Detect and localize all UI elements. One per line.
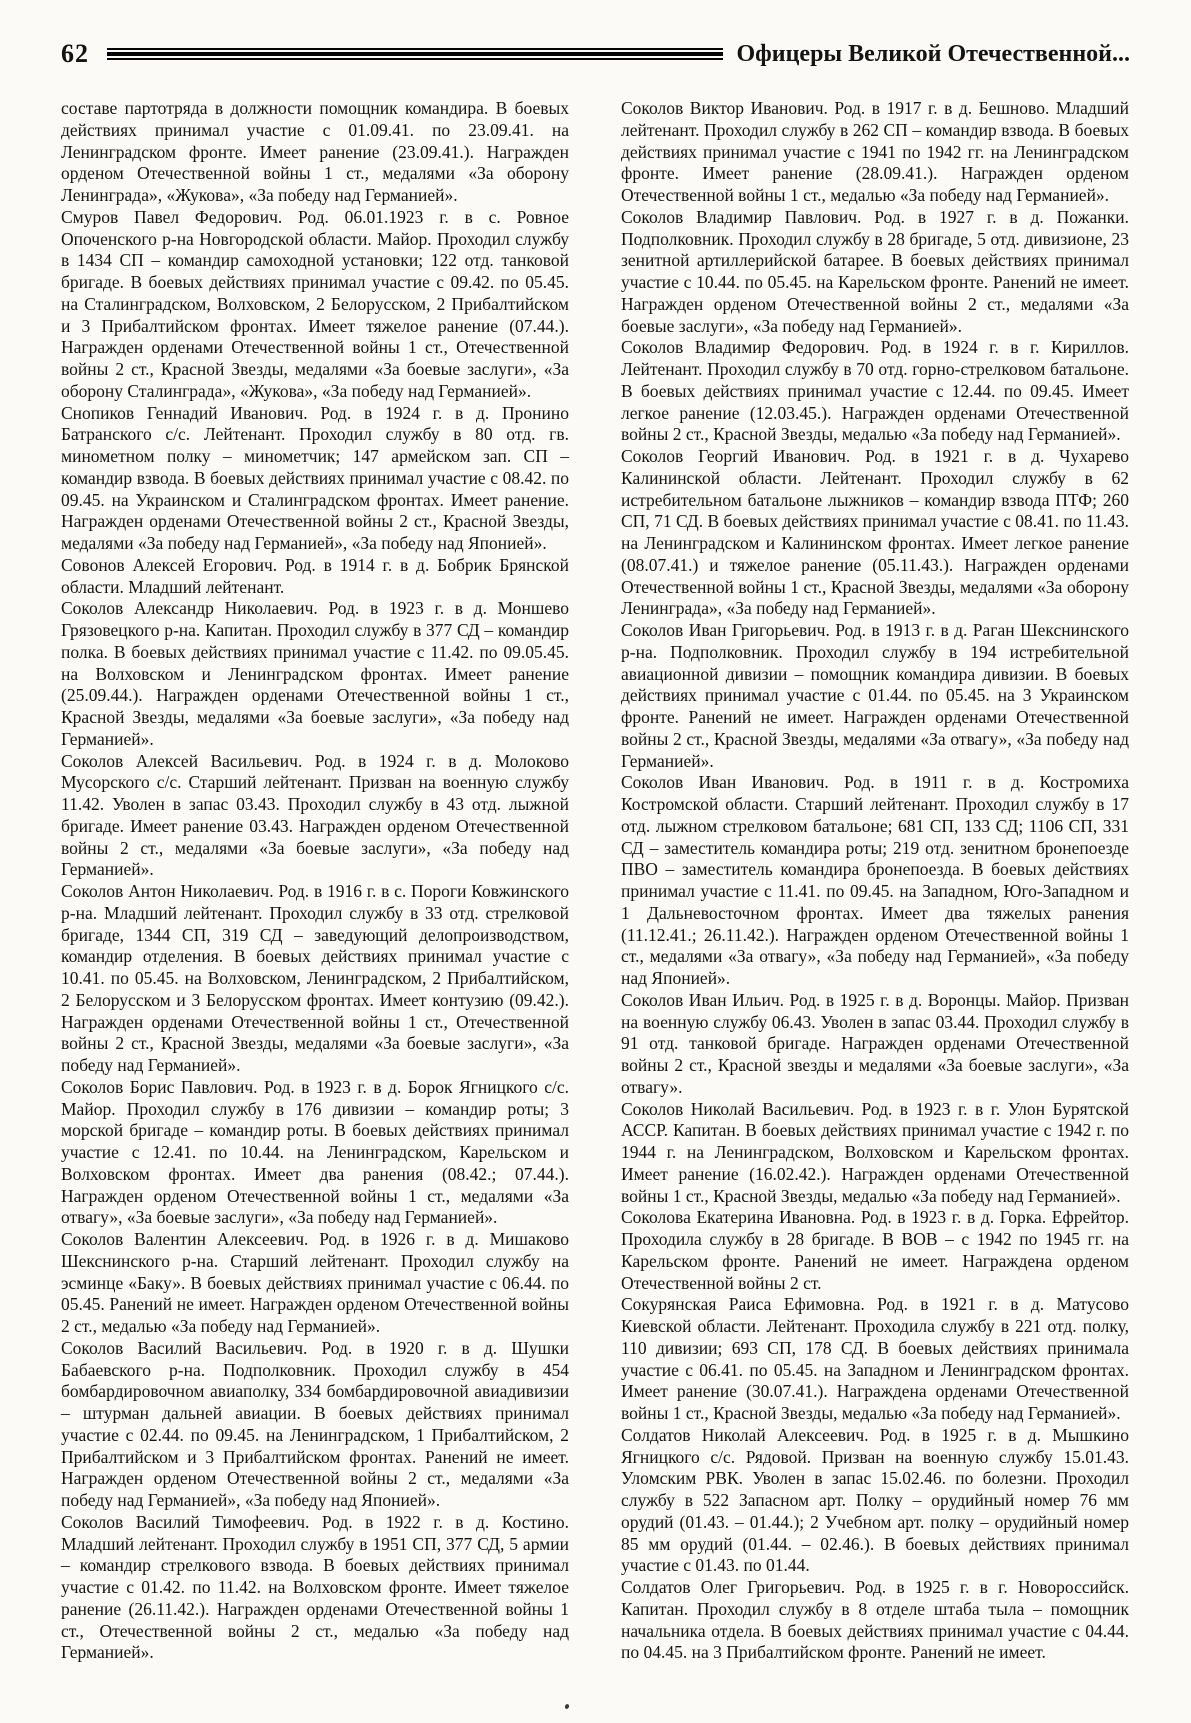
entry-paragraph: Соколов Борис Павлович. Род. в 1923 г. в… [61,1077,569,1229]
header-rule-middle-line [107,52,723,56]
entry-paragraph: Соколов Валентин Алексеевич. Род. в 1926… [61,1229,569,1338]
scan-speck-artifact [564,1703,570,1709]
entry-paragraph: Соколов Василий Васильевич. Род. в 1920 … [61,1338,569,1512]
entry-paragraph: Соколов Иван Григорьевич. Род. в 1913 г.… [621,620,1129,772]
entry-paragraph: Снопиков Геннадий Иванович. Род. в 1924 … [61,403,569,555]
entry-paragraph: Соколов Алексей Васильевич. Род. в 1924 … [61,751,569,882]
entry-paragraph: Соколова Екатерина Ивановна. Род. в 1923… [621,1207,1129,1294]
entry-paragraph: Соколов Василий Тимофеевич. Род. в 1922 … [61,1512,569,1664]
entry-paragraph: Сокурянская Раиса Ефимовна. Род. в 1921 … [621,1294,1129,1425]
entry-paragraph: Солдатов Олег Григорьевич. Род. в 1925 г… [621,1577,1129,1664]
header-rule-bottom-line [107,58,723,60]
entry-paragraph: Соколов Виктор Иванович. Род. в 1917 г. … [621,98,1129,207]
page-header: 62 Офицеры Великой Отечественной... [61,38,1130,70]
entry-paragraph: Соколов Иван Ильич. Род. в 1925 г. в д. … [621,990,1129,1099]
entry-paragraph: Солдатов Николай Алексеевич. Род. в 1925… [621,1425,1129,1577]
right-column: Соколов Виктор Иванович. Род. в 1917 г. … [621,98,1129,1664]
left-column: составе партотряда в должности помощник … [61,98,569,1664]
header-rule-top-line [107,48,723,50]
entry-paragraph: Соколов Владимир Федорович. Род. в 1924 … [621,337,1129,446]
book-page: 62 Офицеры Великой Отечественной... сост… [0,0,1191,1723]
header-rule [107,48,723,60]
text-columns: составе партотряда в должности помощник … [61,98,1130,1664]
running-title: Офицеры Великой Отечественной... [737,41,1131,68]
entry-paragraph: Соколов Владимир Павлович. Род. в 1927 г… [621,207,1129,338]
entry-paragraph: Соколов Антон Николаевич. Род. в 1916 г.… [61,881,569,1077]
entry-paragraph: Совонов Алексей Егорович. Род. в 1914 г.… [61,555,569,599]
entry-paragraph: Соколов Георгий Иванович. Род. в 1921 г.… [621,446,1129,620]
entry-paragraph: Соколов Александр Николаевич. Род. в 192… [61,598,569,750]
entry-paragraph: Соколов Николай Васильевич. Род. в 1923 … [621,1099,1129,1208]
page-number: 62 [61,39,89,69]
entry-paragraph: Соколов Иван Иванович. Род. в 1911 г. в … [621,772,1129,990]
entry-paragraph: Смуров Павел Федорович. Род. 06.01.1923 … [61,207,569,403]
entry-paragraph: составе партотряда в должности помощник … [61,98,569,207]
